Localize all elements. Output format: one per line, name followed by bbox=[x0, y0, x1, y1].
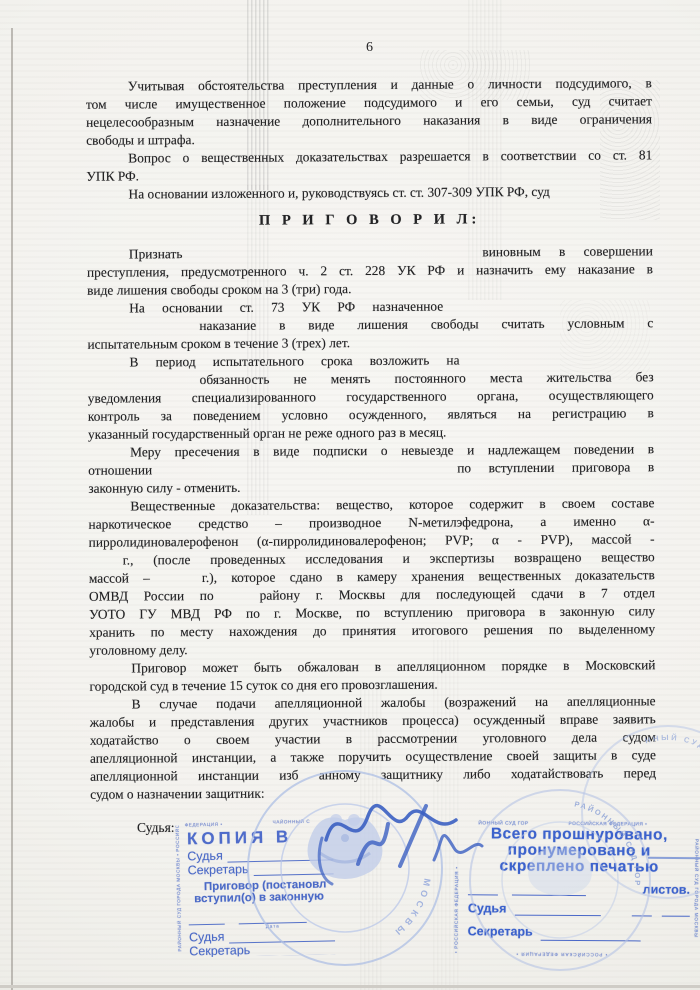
copy-stamp-title: КОПИЯ В bbox=[187, 826, 333, 849]
copy-stamp-secretary2-label: Секретарь bbox=[189, 943, 250, 958]
sheets-count-line bbox=[512, 883, 586, 897]
text-line: отношениипо вступлении приговора в bbox=[88, 458, 654, 479]
redaction-gap bbox=[88, 383, 200, 385]
text-segment: УПК РФ. bbox=[86, 168, 139, 183]
text-segment: массой – bbox=[89, 570, 150, 585]
redaction-gap bbox=[214, 599, 260, 600]
text-line: контроль за поведением условно осужденно… bbox=[88, 404, 654, 425]
redaction-gap bbox=[150, 581, 202, 582]
text-segment: пирролидиновалерофенон (α-пирролидиновал… bbox=[89, 531, 655, 549]
signature-line bbox=[514, 903, 600, 917]
text-segment: испытательным сроком в течение 3 (трех) … bbox=[87, 335, 350, 352]
text-line: апелляционной инстанции изб анному защит… bbox=[90, 764, 656, 785]
text-segment: апелляционной инстанции, а также поручит… bbox=[90, 747, 656, 765]
text-line: Вопрос о вещественных доказательствах ра… bbox=[86, 146, 652, 167]
text-segment: ходатайство о своем участии в рассмотрен… bbox=[90, 729, 656, 747]
judge-signature-label: Судья: bbox=[137, 820, 175, 836]
scan-edge-left bbox=[11, 28, 13, 990]
text-line: нецелесообразным назначение дополнительн… bbox=[86, 110, 652, 131]
text-segment: судом о назначении защитник: bbox=[90, 786, 264, 802]
text-segment: На основании изложенного и, руководствуя… bbox=[128, 184, 549, 202]
text-segment: Вопрос о вещественных доказательствах ра… bbox=[128, 147, 652, 165]
large-seal-arc-text: МОСКВЫ bbox=[390, 878, 432, 940]
text-line: преступления, предусмотренного ч. 2 ст. … bbox=[87, 260, 653, 281]
date-line bbox=[189, 913, 225, 926]
text-segment: городской суд в течение 15 суток со дня … bbox=[89, 677, 437, 694]
copy-stamp-top-fragment2: ЧАЙОННЫЙ С bbox=[273, 819, 311, 825]
text-segment: уведомления специализированного государс… bbox=[88, 387, 654, 405]
redaction-gap bbox=[152, 471, 457, 474]
text-segment: по вступлении приговора в bbox=[457, 459, 654, 475]
page-number: 6 bbox=[366, 40, 373, 56]
text-segment: указанный государственный орган не реже … bbox=[88, 425, 446, 442]
text-segment: г.), которое сдано в камеру хранения вещ… bbox=[202, 567, 655, 585]
text-segment: Приговор может быть обжалован в апелляци… bbox=[131, 657, 655, 675]
signature-line bbox=[228, 847, 334, 862]
scan-edge-bottom bbox=[0, 985, 700, 988]
text-segment: отношении bbox=[88, 462, 152, 477]
signature-line bbox=[255, 942, 335, 957]
text-segment: наркотическое средство – производное N-м… bbox=[88, 513, 654, 531]
text-segment: району г. Москвы для последующей сдачи в… bbox=[260, 585, 655, 602]
copy-stamp-judge2-label: Судья bbox=[189, 930, 225, 945]
text-segment: виновным в совершении bbox=[482, 243, 653, 259]
redaction-gap bbox=[89, 564, 123, 565]
text-segment: г., (после проведенных исследования и эк… bbox=[123, 549, 655, 567]
redaction-gap bbox=[443, 308, 653, 310]
copy-stamp-top-fragment: ФЕДЕРАЦИЯ • bbox=[185, 822, 223, 828]
text-segment: хранить по месту нахождения до принятия … bbox=[89, 621, 655, 639]
binding-stamp-bottom-text: • РОССИЙСКАЯ ФЕДЕРАЦИЯ • bbox=[516, 952, 608, 958]
text-segment: нецелесообразным назначение дополнительн… bbox=[86, 111, 652, 129]
copy-stamp-secretary-label: Секретарь bbox=[187, 862, 248, 877]
redaction-gap bbox=[460, 362, 654, 364]
text-segment: В случае подачи апелляционной жалобы (во… bbox=[132, 693, 656, 711]
text-segment: контроль за поведением условно осужденно… bbox=[88, 405, 654, 423]
copy-stamp-judge-label: Судья bbox=[187, 849, 223, 864]
text-segment: апелляционной инстанции изб анному защит… bbox=[90, 765, 656, 783]
signature-line bbox=[253, 861, 333, 876]
text-segment: Меру пресечения в виде подписки о невыез… bbox=[130, 441, 654, 459]
svg-text:МОСКВЫ: МОСКВЫ bbox=[390, 878, 432, 940]
copy-certification-stamp: РАЙОННЫЙ СУД ГОРОДА МОСКВЫ • РОССИЙСКАЯ … bbox=[175, 818, 336, 957]
redaction-gap bbox=[182, 255, 482, 258]
text-line: хранить по месту нахождения до принятия … bbox=[89, 620, 655, 641]
verdict-heading: П Р И Г О В О Р И Л: bbox=[87, 209, 653, 231]
text-line: наказание в виде лишения свободы считать… bbox=[87, 314, 653, 335]
text-segment: Учитывая обстоятельства преступления и д… bbox=[128, 75, 652, 93]
text-segment: преступления, предусмотренного ч. 2 ст. … bbox=[87, 261, 653, 279]
sheets-label: листов. bbox=[643, 882, 690, 896]
scanned-court-document: 6 Учитывая обстоятельства преступления и… bbox=[0, 0, 700, 990]
binding-stamp-judge-label: Судья bbox=[468, 901, 507, 915]
text-segment: наказание в виде лишения свободы считать… bbox=[199, 315, 653, 333]
signature-line bbox=[229, 928, 335, 943]
text-segment: В период испытательного срока возложить … bbox=[129, 352, 459, 369]
text-segment: виде лишения свободы сроком на 3 (три) г… bbox=[87, 281, 351, 298]
text-segment: обязанность не менять постоянного места … bbox=[200, 369, 654, 387]
date-line: Дата bbox=[239, 911, 307, 929]
text-segment: УОТО ГУ МВД РФ по г. Москве, по вступлен… bbox=[89, 603, 655, 621]
signature-line bbox=[632, 903, 652, 916]
document-body: Учитывая обстоятельства преступления и д… bbox=[86, 74, 656, 803]
text-segment: законную силу - отменить. bbox=[88, 480, 240, 496]
binding-stamp-secretary-label: Секретарь bbox=[468, 924, 533, 938]
text-segment: свободы и штрафа. bbox=[86, 132, 195, 148]
redaction-gap bbox=[87, 329, 199, 331]
text-segment: Признать bbox=[129, 246, 183, 261]
text-segment: На основании ст. 73 УК РФ назначенное bbox=[129, 299, 443, 316]
text-segment: Вещественные доказательства: вещество, к… bbox=[130, 495, 654, 513]
text-segment: ОМВД России по bbox=[89, 588, 214, 604]
copy-stamp-order-line2: вступил(о) в законную bbox=[188, 890, 334, 905]
sheets-count-line bbox=[468, 882, 498, 895]
binding-stamp-line3: скреплено печатью bbox=[468, 858, 690, 876]
text-line: Приговор может быть обжалован в апелляци… bbox=[89, 656, 655, 677]
text-segment: том числе имущественное положение подсуд… bbox=[86, 93, 652, 111]
signature-line bbox=[662, 904, 690, 917]
text-segment: уголовному делу. bbox=[89, 642, 187, 658]
text-segment: жалобы и представления других участников… bbox=[90, 711, 656, 729]
signature-line bbox=[541, 928, 641, 942]
binding-certification-stamp: • РОССИЙСКАЯ ФЕДЕРАЦИЯ • РАЙОННЫЙ СУД ГО… bbox=[452, 815, 700, 959]
text-line: судом о назначении защитник: bbox=[90, 782, 656, 803]
text-line: На основании изложенного и, руководствуя… bbox=[86, 182, 652, 203]
